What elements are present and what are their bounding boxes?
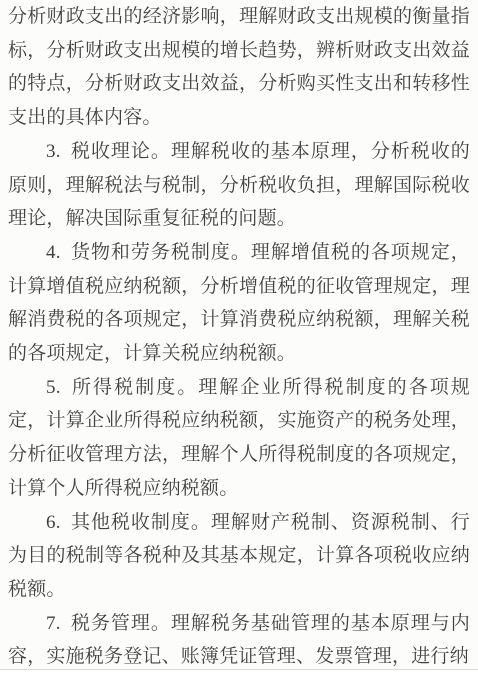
paragraph-number: 4.	[46, 242, 61, 263]
paragraph-text: 分析财政支出的经济影响，理解财政支出规模的衡量指标，分析财政支出规模的增长趋势，…	[8, 6, 470, 128]
paragraph: 4.货物和劳务税制度。理解增值税的各项规定，计算增值税应纳税额，分析增值税的征收…	[8, 236, 470, 371]
paragraph-number: 5.	[46, 377, 61, 398]
paragraph: 7.税务管理。理解税务基础管理的基本原理与内容，实施税务登记、账簿凭证管理、发票…	[8, 607, 470, 674]
paragraph-number: 3.	[46, 141, 61, 162]
paragraph-text: 其他税收制度。理解财产税制、资源税制、行为目的税制等各税种及其基本规定，计算各项…	[8, 512, 470, 600]
paragraph-number: 6.	[46, 512, 61, 533]
document-page: 分析财政支出的经济影响，理解财政支出规模的衡量指标，分析财政支出规模的增长趋势，…	[0, 0, 478, 675]
paragraph-number: 7.	[46, 613, 61, 634]
paragraph: 6.其他税收制度。理解财产税制、资源税制、行为目的税制等各税种及其基本规定，计算…	[8, 506, 470, 607]
page-bottom-margin	[0, 670, 478, 675]
paragraph-text: 所得税制度。理解企业所得税制度的各项规定，计算企业所得税应纳税额，实施资产的税务…	[8, 377, 470, 499]
paragraph: 5.所得税制度。理解企业所得税制度的各项规定，计算企业所得税应纳税额，实施资产的…	[8, 371, 470, 506]
paragraph: 3.税收理论。理解税收的基本原理，分析税收的原则，理解税法与税制，分析税收负担，…	[8, 135, 470, 236]
paragraph-text: 税收理论。理解税收的基本原理，分析税收的原则，理解税法与税制，分析税收负担，理解…	[8, 141, 470, 229]
paragraph: 分析财政支出的经济影响，理解财政支出规模的衡量指标，分析财政支出规模的增长趋势，…	[8, 0, 470, 135]
paragraph-text: 税务管理。理解税务基础管理的基本原理与内容，实施税务登记、账簿凭证管理、发票管理…	[8, 613, 470, 668]
text-block: 分析财政支出的经济影响，理解财政支出规模的衡量指标，分析财政支出规模的增长趋势，…	[0, 0, 478, 674]
paragraph-text: 货物和劳务税制度。理解增值税的各项规定，计算增值税应纳税额，分析增值税的征收管理…	[8, 242, 470, 364]
